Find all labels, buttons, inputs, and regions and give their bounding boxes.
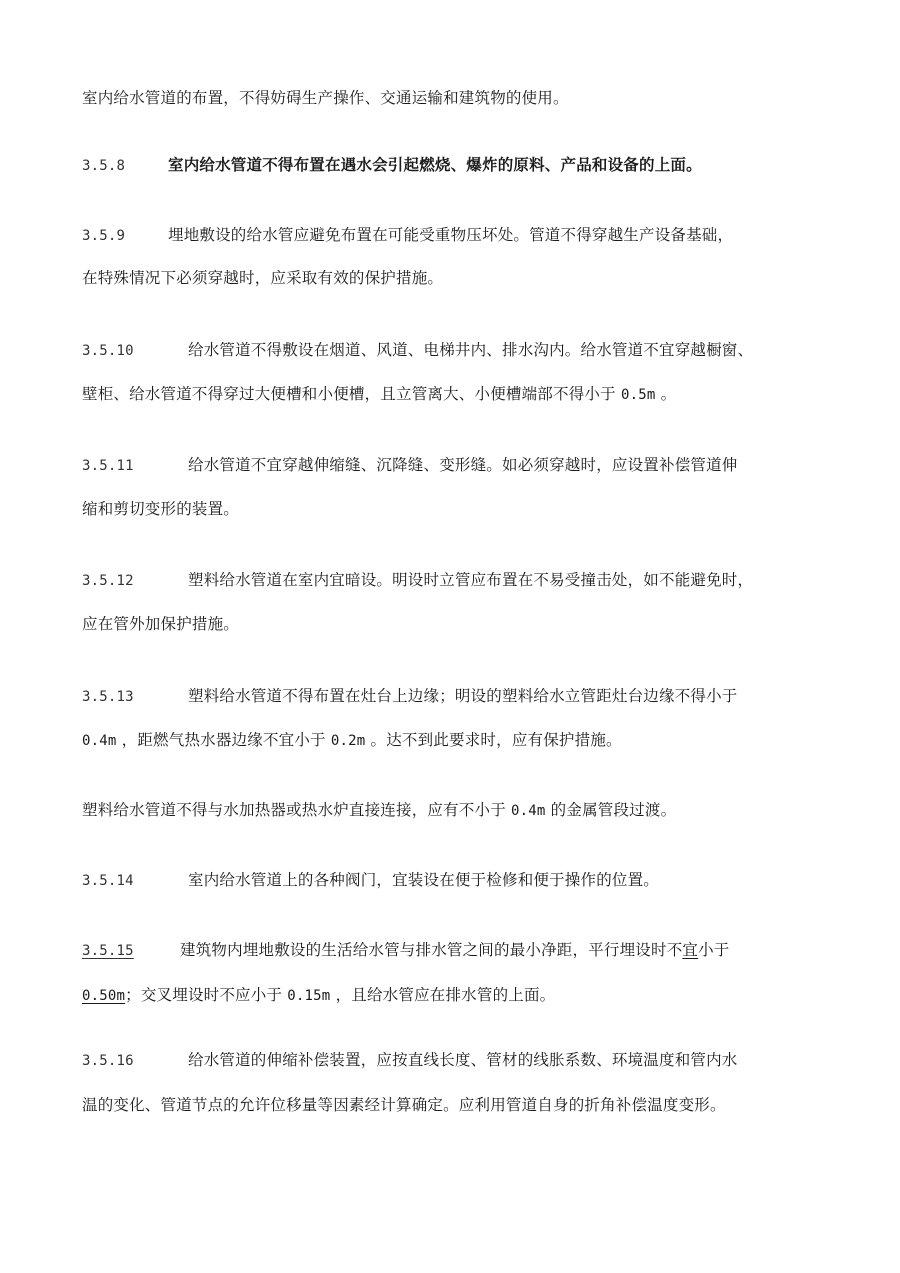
measurement-value: 0.4m [511, 803, 546, 819]
clause-text: 室内给水管道不得布置在遇水会引起燃烧、爆炸的原料、产品和设备的上面。 [168, 156, 702, 174]
clause-3-5-10-cont: 壁柜、给水管道不得穿过大便槽和小便槽，且立管离大、小便槽端部不得小于 0.5m … [82, 384, 676, 405]
clause-3-5-10: 3.5.10给水管道不得敷设在烟道、风道、电梯井内、排水沟内。给水管道不宜穿越橱… [82, 340, 753, 361]
clause-3-5-9-cont: 在特殊情况下必须穿越时，应采取有效的保护措施。 [82, 268, 443, 288]
clause-number: 3.5.14 [82, 871, 188, 891]
measurement-value: 0.4m [82, 733, 117, 749]
clause-text: 室内给水管道上的各种阀门，宜装设在便于检修和便于操作的位置。 [188, 871, 659, 889]
clause-number: 3.5.12 [82, 571, 188, 591]
clause-text: 温的变化、管道节点的允许位移量等因素经计算确定。应利用管道自身的折角补偿温度变形… [82, 1096, 726, 1114]
clause-text: 塑料给水管道不得布置在灶台上边缘；明设的塑料给水立管距灶台边缘不得小于 [188, 687, 738, 705]
clause-text: ；交叉埋设时不应小于 [125, 986, 287, 1004]
clause-3-5-15: 3.5.15建筑物内埋地敷设的生活给水管与排水管之间的最小净距，平行埋设时不宜小… [82, 940, 730, 961]
clause-3-5-15-cont: 0.50m；交叉埋设时不应小于 0.15m ，且给水管应在排水管的上面。 [82, 985, 555, 1006]
clause-3-5-14: 3.5.14室内给水管道上的各种阀门，宜装设在便于检修和便于操作的位置。 [82, 870, 659, 891]
clause-text: 埋地敷设的给水管应避免布置在可能受重物压坏处。管道不得穿越生产设备基础， [168, 226, 733, 244]
clause-number: 3.5.15 [82, 941, 152, 961]
measurement-value: 0.50m [82, 988, 125, 1004]
clause-3-5-9: 3.5.9埋地敷设的给水管应避免布置在可能受重物压坏处。管道不得穿越生产设备基础… [82, 225, 733, 246]
clause-number: 3.5.11 [82, 456, 188, 476]
clause-3-5-13-cont: 0.4m ，距燃气热水器边缘不宜小于 0.2m 。达不到此要求时，应有保护措施。 [82, 730, 622, 751]
clause-text: 小于 [698, 941, 729, 959]
measurement-value: 0.2m [331, 733, 366, 749]
clause-3-5-8: 3.5.8室内给水管道不得布置在遇水会引起燃烧、爆炸的原料、产品和设备的上面。 [82, 155, 702, 176]
clause-text: 壁柜、给水管道不得穿过大便槽和小便槽，且立管离大、小便槽端部不得小于 [82, 385, 621, 403]
intro-paragraph: 室内给水管道的布置，不得妨碍生产操作、交通运输和建筑物的使用。 [82, 88, 569, 108]
clause-3-5-11-cont: 缩和剪切变形的装置。 [82, 499, 239, 519]
clause-number: 3.5.9 [82, 226, 168, 246]
clause-text: 建筑物内埋地敷设的生活给水管与排水管之间的最小净距，平行埋设时不 [180, 941, 682, 959]
clause-text: 的金属管段过渡。 [546, 801, 677, 819]
clause-number: 3.5.8 [82, 156, 168, 176]
clause-3-5-16-cont: 温的变化、管道节点的允许位移量等因素经计算确定。应利用管道自身的折角补偿温度变形… [82, 1095, 726, 1115]
document-page: 室内给水管道的布置，不得妨碍生产操作、交通运输和建筑物的使用。 3.5.8室内给… [0, 0, 900, 1273]
underlined-word: 宜 [682, 941, 698, 959]
clause-text: 在特殊情况下必须穿越时，应采取有效的保护措施。 [82, 269, 443, 287]
clause-text: ，距燃气热水器边缘不宜小于 [117, 731, 331, 749]
clause-number: 3.5.13 [82, 687, 188, 707]
paragraph-text: 室内给水管道的布置，不得妨碍生产操作、交通运输和建筑物的使用。 [82, 89, 569, 107]
clause-number: 3.5.10 [82, 341, 188, 361]
clause-text: 缩和剪切变形的装置。 [82, 500, 239, 518]
clause-text: 应在管外加保护措施。 [82, 615, 239, 633]
clause-text: 。 [655, 385, 676, 403]
clause-3-5-13-note: 塑料给水管道不得与水加热器或热水炉直接连接，应有不小于 0.4m 的金属管段过渡… [82, 800, 676, 821]
measurement-value: 0.5m [621, 387, 656, 403]
clause-text: 塑料给水管道在室内宜暗设。明设时立管应布置在不易受撞击处，如不能避免时， [188, 571, 753, 589]
clause-text: 给水管道不宜穿越伸缩缝、沉降缝、变形缝。如必须穿越时，应设置补偿管道伸 [188, 456, 738, 474]
clause-3-5-12: 3.5.12塑料给水管道在室内宜暗设。明设时立管应布置在不易受撞击处，如不能避免… [82, 570, 753, 591]
clause-text: ，且给水管应在排水管的上面。 [330, 986, 555, 1004]
measurement-value: 0.15m [287, 988, 330, 1004]
clause-3-5-12-cont: 应在管外加保护措施。 [82, 614, 239, 634]
clause-3-5-16: 3.5.16给水管道的伸缩补偿装置，应按直线长度、管材的线胀系数、环境温度和管内… [82, 1050, 738, 1071]
clause-text: 给水管道不得敷设在烟道、风道、电梯井内、排水沟内。给水管道不宜穿越橱窗、 [188, 341, 753, 359]
clause-text: 塑料给水管道不得与水加热器或热水炉直接连接，应有不小于 [82, 801, 511, 819]
clause-text: 给水管道的伸缩补偿装置，应按直线长度、管材的线胀系数、环境温度和管内水 [188, 1051, 738, 1069]
clause-text: 。达不到此要求时，应有保护措施。 [365, 731, 621, 749]
clause-number: 3.5.16 [82, 1051, 188, 1071]
clause-3-5-13: 3.5.13塑料给水管道不得布置在灶台上边缘；明设的塑料给水立管距灶台边缘不得小… [82, 686, 738, 707]
clause-3-5-11: 3.5.11给水管道不宜穿越伸缩缝、沉降缝、变形缝。如必须穿越时，应设置补偿管道… [82, 455, 738, 476]
